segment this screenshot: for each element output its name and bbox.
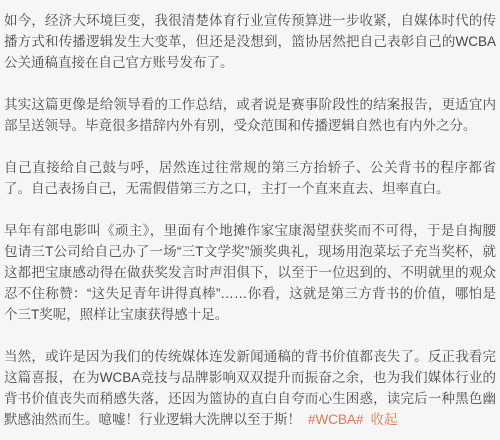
post-paragraph-3: 自己直接给自己鼓与呼，居然连过往常规的第三方抬轿子、公关背书的程序都省了。自己表… <box>4 157 496 199</box>
post-paragraph-5-text: 当然，或许是因为我们的传统媒体连发新闻通稿的背书价值都丧失了。反正我看完这篇喜报… <box>4 349 496 427</box>
post-paragraph-2: 其实这篇更像是给领导看的工作总结，或者说是赛事阶段性的结案报告，更适宜内部呈送领… <box>4 94 496 136</box>
collapse-link[interactable]: 收起 <box>371 412 398 427</box>
hashtag-link[interactable]: #WCBA# <box>308 412 364 427</box>
post-body: 如今，经济大环境巨变，我很清楚体育行业宣传预算进一步收紧，自媒体时代的传播方式和… <box>0 0 500 440</box>
post-paragraph-4: 早年有部电影叫《顽主》，里面有个地摊作家宝康渴望获奖而不可得，于是自掏腰包请三T… <box>4 220 496 325</box>
post-paragraph-5: 当然，或许是因为我们的传统媒体连发新闻通稿的背书价值都丧失了。反正我看完这篇喜报… <box>4 346 496 430</box>
post-paragraph-1: 如今，经济大环境巨变，我很清楚体育行业宣传预算进一步收紧，自媒体时代的传播方式和… <box>4 10 496 73</box>
